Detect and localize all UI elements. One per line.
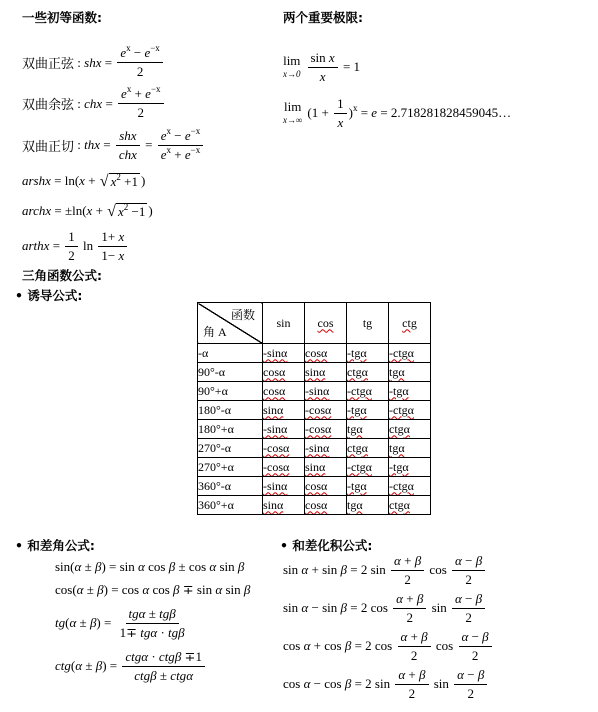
value-cell: -tgα bbox=[347, 344, 389, 363]
math-text: = 2 sin bbox=[347, 562, 389, 578]
fraction-numerator: 1 bbox=[65, 229, 78, 247]
math-text: ln bbox=[80, 238, 97, 254]
formula-sin-sum-diff: sin(α ± β) = sin α cos β ± cos α sin β bbox=[55, 556, 250, 578]
math-text: cos bbox=[426, 562, 450, 578]
elementary-functions-formulas: 双曲正弦 : shx = ex − e−x2双曲余弦 : chx = ex + … bbox=[22, 42, 205, 266]
math-variable: x bbox=[329, 50, 335, 66]
table-row: 90°-αcosαsinαctgαtgα bbox=[198, 363, 431, 382]
math-variable: α bbox=[396, 591, 403, 607]
math-text: + bbox=[401, 553, 415, 569]
formula-label: 双曲余弦 bbox=[22, 94, 74, 113]
formula-inverse-hyperbolic-sine: arshx = ln(x + √x2 +1) bbox=[22, 166, 205, 196]
column-header-tg: tg bbox=[347, 303, 389, 344]
limit-word: lim bbox=[283, 54, 300, 68]
math-variable: α bbox=[138, 559, 145, 575]
math-variable: tg bbox=[168, 625, 178, 641]
math-text: ± bbox=[82, 658, 96, 674]
math-text: +1 bbox=[121, 174, 138, 190]
fraction: α + β2 bbox=[391, 553, 424, 588]
superscript: x bbox=[127, 84, 132, 94]
formula-inverse-hyperbolic-cosine: archx = ±ln(x + √x2 −1) bbox=[22, 196, 205, 226]
fraction: ex − e−xex + e−x bbox=[158, 128, 203, 163]
value-cell: -sinα bbox=[263, 344, 305, 363]
math-variable: β bbox=[244, 582, 250, 598]
math-text: 2 bbox=[137, 64, 144, 80]
value-cell: ctgα bbox=[347, 363, 389, 382]
superscript: x bbox=[353, 103, 358, 113]
math-text: sin bbox=[283, 600, 301, 616]
fraction-numerator: ctgα · ctgβ ∓1 bbox=[122, 649, 205, 667]
math-text: 2 bbox=[472, 648, 479, 664]
superscript: 2 bbox=[124, 202, 129, 212]
math-variable: β bbox=[169, 606, 175, 622]
math-variable: β bbox=[417, 591, 423, 607]
math-variable: β bbox=[476, 553, 482, 569]
math-text: sin( bbox=[55, 559, 75, 575]
math-text: ± cos bbox=[175, 559, 209, 575]
math-text: + bbox=[171, 147, 185, 163]
fraction-numerator: sin x bbox=[308, 50, 338, 68]
fraction-denominator: x bbox=[317, 68, 329, 85]
value-cell: -sinα bbox=[263, 477, 305, 496]
value-cell: -tgα bbox=[347, 401, 389, 420]
math-text: − bbox=[171, 128, 185, 144]
value-cell: -tgα bbox=[389, 382, 431, 401]
document-page: 一些初等函数: 两个重要极限: 双曲正弦 : shx = ex − e−x2双曲… bbox=[0, 0, 598, 712]
math-text: 2 bbox=[409, 686, 416, 702]
value-cell: -cosα bbox=[263, 458, 305, 477]
angle-cell: -α bbox=[198, 344, 263, 363]
math-text: + bbox=[403, 591, 417, 607]
math-text: − bbox=[462, 591, 476, 607]
fraction-numerator: tgα ± tgβ bbox=[126, 606, 179, 624]
math-variable: α bbox=[215, 582, 222, 598]
fraction-denominator: 2 bbox=[404, 609, 417, 626]
sum-diff-angle-formulas: sin(α ± β) = sin α cos β ± cos α sin βco… bbox=[55, 556, 250, 688]
fraction-denominator: 2 bbox=[469, 647, 482, 664]
heading-elementary-functions: 一些初等函数: bbox=[22, 8, 102, 26]
fraction: ctgα · ctgβ ∓1ctgβ ± ctgα bbox=[122, 649, 205, 684]
table-corner-cell: 函数角 A bbox=[198, 303, 263, 344]
formula-inverse-hyperbolic-tangent: arthx = 12 ln 1+ x1− x bbox=[22, 226, 205, 266]
formula-hyperbolic-sine: 双曲正弦 : shx = ex − e−x2 bbox=[22, 42, 205, 83]
math-text: 2 bbox=[407, 610, 414, 626]
table-row: 360°+αsinαcosαtgαctgα bbox=[198, 496, 431, 515]
math-variable: β bbox=[238, 559, 244, 575]
value-cell: sinα bbox=[305, 458, 347, 477]
math-text: + bbox=[131, 86, 145, 102]
math-text: − bbox=[131, 45, 145, 61]
fraction-numerator: ex + e−x bbox=[118, 86, 163, 104]
sum-to-product-formulas: sin α + sin β = 2 sin α + β2 cos α − β2s… bbox=[283, 551, 494, 703]
radical: √x2 +1 bbox=[100, 173, 140, 190]
table-row: 180°+α-sinα-cosαtgαctgα bbox=[198, 420, 431, 439]
math-text: = ±ln( bbox=[51, 203, 86, 219]
limit-word: lim bbox=[284, 100, 301, 114]
fraction-denominator: ctgβ ± ctgα bbox=[131, 667, 196, 684]
heading-trig-formulas: 三角函数公式: bbox=[22, 266, 102, 284]
math-text: − cos bbox=[310, 676, 344, 692]
fraction: α + β2 bbox=[398, 629, 431, 664]
math-variable: α bbox=[69, 615, 76, 631]
math-variable: ctg bbox=[170, 668, 186, 684]
math-variable: α bbox=[301, 562, 308, 578]
math-text: 2 bbox=[411, 648, 418, 664]
math-text: 2 bbox=[465, 572, 472, 588]
value-cell: -ctgα bbox=[347, 382, 389, 401]
heading-sum-diff-angle: • 和差角公式: bbox=[15, 536, 95, 554]
math-text: − bbox=[462, 553, 476, 569]
column-header-cos: cos bbox=[305, 303, 347, 344]
superscript: x bbox=[167, 145, 172, 155]
fraction-numerator: 1 bbox=[334, 96, 347, 114]
math-variable: α bbox=[75, 658, 82, 674]
math-text: + bbox=[92, 203, 106, 219]
value-cell: cosα bbox=[263, 363, 305, 382]
math-text: ) bbox=[141, 173, 145, 189]
angle-cell: 90°-α bbox=[198, 363, 263, 382]
math-text: = 2 sin bbox=[351, 676, 393, 692]
fraction: α + β2 bbox=[395, 667, 428, 702]
column-header-sin: sin bbox=[263, 303, 305, 344]
value-cell: -cosα bbox=[305, 420, 347, 439]
heading-induction-formulas: • 诱导公式: bbox=[15, 286, 82, 304]
value-cell: sinα bbox=[263, 496, 305, 515]
induction-table-body: 函数角 Asincostgctg-α-sinαcosα-tgα-ctgα90°-… bbox=[198, 303, 431, 515]
math-variable: β bbox=[178, 625, 184, 641]
value-cell: tgα bbox=[347, 420, 389, 439]
angle-cell: 270°+α bbox=[198, 458, 263, 477]
math-variable: tg bbox=[129, 606, 139, 622]
math-variable: α bbox=[209, 559, 216, 575]
math-text: + sin bbox=[308, 562, 340, 578]
math-text: sin bbox=[311, 50, 329, 66]
math-text: ± bbox=[157, 668, 171, 684]
value-cell: cosα bbox=[305, 344, 347, 363]
math-text: = bbox=[49, 238, 63, 254]
math-variable: α bbox=[150, 625, 157, 641]
math-text: + bbox=[405, 667, 419, 683]
math-variable: x bbox=[119, 248, 125, 264]
superscript: −x bbox=[191, 145, 201, 155]
math-text: = 1 bbox=[340, 59, 360, 75]
value-cell: -ctgα bbox=[389, 477, 431, 496]
math-variable: α bbox=[462, 629, 469, 645]
fraction-numerator: α + β bbox=[393, 591, 426, 609]
math-text: · bbox=[148, 649, 159, 665]
fraction-numerator: ex − e−x bbox=[117, 45, 162, 63]
value-cell: -cosα bbox=[305, 401, 347, 420]
math-variable: α bbox=[141, 649, 148, 665]
fraction-numerator: α − β bbox=[452, 553, 485, 571]
value-cell: sinα bbox=[305, 363, 347, 382]
value-cell: cosα bbox=[305, 496, 347, 515]
math-text: : bbox=[74, 96, 84, 112]
math-text: 2 bbox=[68, 248, 75, 264]
math-variable: β bbox=[482, 629, 488, 645]
math-text: · bbox=[157, 625, 168, 641]
math-text: − bbox=[464, 667, 478, 683]
math-text: 1 bbox=[68, 229, 75, 245]
angle-cell: 90°+α bbox=[198, 382, 263, 401]
formula-limit-e: limx→∞(1 + 1x)x = e = 2.718281828459045… bbox=[283, 90, 511, 136]
math-text: = bbox=[101, 55, 115, 71]
table-row: 180°-αsinα-cosα-tgα-ctgα bbox=[198, 401, 431, 420]
fraction-denominator: 2 bbox=[135, 104, 148, 121]
value-cell: -cosα bbox=[263, 439, 305, 458]
math-text: − bbox=[468, 629, 482, 645]
fraction-denominator: 1∓ tgα · tgβ bbox=[117, 624, 188, 641]
math-text: −1 bbox=[128, 204, 145, 220]
math-text: cos bbox=[283, 638, 304, 654]
math-variable: shx bbox=[84, 55, 101, 71]
math-variable: α bbox=[455, 553, 462, 569]
math-variable: chx bbox=[84, 96, 102, 112]
math-text: 1+ bbox=[101, 229, 118, 245]
formula-cos-sum-diff: cos(α ± β) = cos α cos β ∓ sin α sin β bbox=[55, 578, 250, 602]
superscript: x bbox=[167, 126, 172, 136]
superscript: −x bbox=[151, 84, 161, 94]
radical-sign: √ bbox=[107, 204, 116, 220]
math-text: 1 bbox=[337, 96, 344, 112]
math-text: ) = sin bbox=[101, 559, 138, 575]
math-variable: β bbox=[421, 629, 427, 645]
limit-subscript: x→0 bbox=[283, 69, 301, 80]
fraction-numerator: α + β bbox=[391, 553, 424, 571]
math-variable: β bbox=[478, 667, 484, 683]
math-text: 1∓ bbox=[120, 625, 141, 641]
math-text: ) = bbox=[96, 615, 114, 631]
math-variable: α bbox=[186, 668, 193, 684]
math-text: ) = cos bbox=[104, 582, 143, 598]
math-variable: tg bbox=[55, 615, 65, 631]
formula-sin-minus-sin: sin α − sin β = 2 cos α + β2 sin α − β2 bbox=[283, 589, 494, 627]
fraction-numerator: α + β bbox=[398, 629, 431, 647]
fraction-denominator: 2 bbox=[406, 685, 419, 702]
formula-cos-plus-cos: cos α + cos β = 2 cos α + β2 cos α − β2 bbox=[283, 627, 494, 665]
math-text: = bbox=[100, 137, 114, 153]
math-variable: α bbox=[394, 553, 401, 569]
math-variable: α bbox=[139, 606, 146, 622]
formula-label: 双曲正切 bbox=[22, 136, 74, 155]
fraction-denominator: x bbox=[334, 114, 346, 131]
superscript: −x bbox=[150, 43, 160, 53]
important-limits-formulas: limx→0sin xx = 1limx→∞(1 + 1x)x = e = 2.… bbox=[283, 44, 511, 136]
math-variable: arthx bbox=[22, 238, 49, 254]
angle-cell: 360°-α bbox=[198, 477, 263, 496]
math-variable: α bbox=[304, 676, 311, 692]
math-text: 2 bbox=[138, 105, 145, 121]
math-variable: archx bbox=[22, 203, 51, 219]
fraction-numerator: shx bbox=[116, 128, 139, 146]
math-text: ± bbox=[145, 606, 159, 622]
math-text: = ln( bbox=[51, 173, 79, 189]
math-variable: x bbox=[337, 115, 343, 131]
math-text: − sin bbox=[308, 600, 340, 616]
math-variable: ctg bbox=[134, 668, 150, 684]
value-cell: cosα bbox=[263, 382, 305, 401]
fraction: shxchx bbox=[116, 128, 140, 163]
value-cell: -tgα bbox=[389, 458, 431, 477]
math-text: cos bbox=[283, 676, 304, 692]
math-text: ∓ sin bbox=[180, 582, 216, 598]
value-cell: -sinα bbox=[305, 382, 347, 401]
math-variable: β bbox=[419, 667, 425, 683]
fraction-numerator: 1+ x bbox=[98, 229, 127, 247]
math-variable: α bbox=[75, 559, 82, 575]
math-text: sin bbox=[428, 600, 450, 616]
math-text: = bbox=[102, 96, 116, 112]
math-text: : bbox=[74, 137, 84, 153]
math-variable: ctg bbox=[55, 658, 71, 674]
superscript: 2 bbox=[116, 172, 121, 182]
math-text: 2 bbox=[468, 686, 475, 702]
math-text: 1− bbox=[101, 248, 118, 264]
math-variable: tg bbox=[159, 606, 169, 622]
fraction-numerator: α − β bbox=[459, 629, 492, 647]
formula-tg-sum-diff: tg(α ± β) = tgα ± tgβ1∓ tgα · tgβ bbox=[55, 602, 250, 644]
math-text: (1 + bbox=[307, 105, 332, 121]
value-cell: ctgα bbox=[389, 496, 431, 515]
math-variable: β bbox=[476, 591, 482, 607]
math-variable: α bbox=[455, 591, 462, 607]
math-text: ± bbox=[76, 615, 90, 631]
math-variable: shx bbox=[119, 128, 136, 144]
radicand: x2 +1 bbox=[109, 173, 140, 190]
fraction: α − β2 bbox=[459, 629, 492, 664]
math-variable: β bbox=[415, 553, 421, 569]
value-cell: -sinα bbox=[305, 439, 347, 458]
fraction-denominator: 2 bbox=[408, 647, 421, 664]
fraction: ex + e−x2 bbox=[118, 86, 163, 121]
fraction: α − β2 bbox=[452, 591, 485, 626]
math-text: ∓1 bbox=[181, 649, 202, 665]
superscript: x bbox=[126, 43, 131, 53]
formula-ctg-sum-diff: ctg(α ± β) = ctgα · ctgβ ∓1ctgβ ± ctgα bbox=[55, 644, 250, 688]
radical: √x2 −1 bbox=[107, 203, 147, 220]
math-text: 2 bbox=[404, 572, 411, 588]
formula-hyperbolic-cosine: 双曲余弦 : chx = ex + e−x2 bbox=[22, 83, 205, 124]
math-text: ± bbox=[81, 559, 95, 575]
math-variable: arshx bbox=[22, 173, 51, 189]
math-variable: α bbox=[142, 582, 149, 598]
fraction: sin xx bbox=[308, 50, 338, 85]
fraction-denominator: 2 bbox=[134, 63, 147, 80]
math-text: 2 bbox=[465, 610, 472, 626]
math-variable: ctg bbox=[125, 649, 141, 665]
fraction: ex − e−x2 bbox=[117, 45, 162, 80]
math-text: ) bbox=[148, 203, 152, 219]
math-variable: α bbox=[77, 582, 84, 598]
angle-cell: 360°+α bbox=[198, 496, 263, 515]
math-variable: x bbox=[320, 69, 326, 85]
math-text: cos( bbox=[55, 582, 77, 598]
fraction-numerator: ex − e−x bbox=[158, 128, 203, 146]
fraction-denominator: 2 bbox=[462, 609, 475, 626]
math-variable: chx bbox=[119, 147, 137, 163]
math-variable: ctg bbox=[159, 649, 175, 665]
formula-cos-minus-cos: cos α − cos β = 2 sin α + β2 sin α − β2 bbox=[283, 665, 494, 703]
math-text: ) = bbox=[102, 658, 120, 674]
math-variable: x bbox=[119, 229, 125, 245]
math-text: = bbox=[357, 105, 371, 121]
fraction-denominator: chx bbox=[116, 146, 140, 163]
math-text: cos bbox=[433, 638, 457, 654]
math-variable: α bbox=[457, 667, 464, 683]
angle-cell: 180°+α bbox=[198, 420, 263, 439]
fraction-denominator: 1− x bbox=[98, 247, 127, 264]
fraction: α − β2 bbox=[452, 553, 485, 588]
math-text: sin bbox=[283, 562, 301, 578]
radicand: x2 −1 bbox=[116, 203, 147, 220]
formula-hyperbolic-tangent: 双曲正切 : thx = shxchx = ex − e−xex + e−x bbox=[22, 124, 205, 166]
math-text: = 2.718281828459045… bbox=[377, 105, 511, 121]
math-variable: α bbox=[304, 638, 311, 654]
limit-operator: limx→∞ bbox=[283, 100, 302, 125]
fraction-numerator: α − β bbox=[454, 667, 487, 685]
limit-operator: limx→0 bbox=[283, 54, 301, 79]
fraction: tgα ± tgβ1∓ tgα · tgβ bbox=[117, 606, 188, 641]
math-text: sin bbox=[216, 559, 238, 575]
value-cell: -tgα bbox=[347, 477, 389, 496]
heading-important-limits: 两个重要极限: bbox=[283, 8, 363, 26]
fraction: 12 bbox=[65, 229, 78, 264]
math-text: : bbox=[74, 55, 84, 71]
fraction: 1x bbox=[334, 96, 347, 131]
fraction-denominator: 2 bbox=[465, 685, 478, 702]
limit-subscript: x→∞ bbox=[283, 115, 302, 126]
table-row: 90°+αcosα-sinα-ctgα-tgα bbox=[198, 382, 431, 401]
math-text: = 2 cos bbox=[347, 600, 391, 616]
formula-sin-plus-sin: sin α + sin β = 2 sin α + β2 cos α − β2 bbox=[283, 551, 494, 589]
math-text: sin bbox=[431, 676, 453, 692]
fraction: 1+ x1− x bbox=[98, 229, 127, 264]
math-variable: α bbox=[301, 600, 308, 616]
value-cell: cosα bbox=[305, 477, 347, 496]
superscript: −x bbox=[191, 126, 201, 136]
math-variable: α bbox=[398, 667, 405, 683]
table-row: 360°-α-sinαcosα-tgα-ctgα bbox=[198, 477, 431, 496]
fraction-denominator: 2 bbox=[462, 571, 475, 588]
math-text: + cos bbox=[310, 638, 344, 654]
math-variable: thx bbox=[84, 137, 100, 153]
fraction-denominator: ex + e−x bbox=[158, 146, 203, 163]
table-row: 270°-α-cosα-sinαctgαtgα bbox=[198, 439, 431, 458]
math-text: + bbox=[407, 629, 421, 645]
corner-label-function: 函数 bbox=[231, 306, 255, 323]
table-row: 270°+α-cosαsinα-ctgα-tgα bbox=[198, 458, 431, 477]
value-cell: sinα bbox=[263, 401, 305, 420]
column-header-ctg: ctg bbox=[389, 303, 431, 344]
math-text: = 2 cos bbox=[351, 638, 395, 654]
math-text: cos bbox=[145, 559, 169, 575]
fraction-numerator: α − β bbox=[452, 591, 485, 609]
radical-sign: √ bbox=[100, 174, 109, 190]
fraction-denominator: 2 bbox=[65, 247, 78, 264]
fraction: α + β2 bbox=[393, 591, 426, 626]
value-cell: tgα bbox=[389, 363, 431, 382]
induction-table: 函数角 Asincostgctg-α-sinαcosα-tgα-ctgα90°-… bbox=[197, 302, 431, 515]
math-variable: tg bbox=[140, 625, 150, 641]
math-text: ± bbox=[84, 582, 98, 598]
value-cell: ctgα bbox=[347, 439, 389, 458]
value-cell: tgα bbox=[347, 496, 389, 515]
math-variable: α bbox=[401, 629, 408, 645]
fraction: α − β2 bbox=[454, 667, 487, 702]
angle-cell: 180°-α bbox=[198, 401, 263, 420]
math-text: sin bbox=[222, 582, 244, 598]
formula-limit-sinx-over-x: limx→0sin xx = 1 bbox=[283, 44, 511, 90]
